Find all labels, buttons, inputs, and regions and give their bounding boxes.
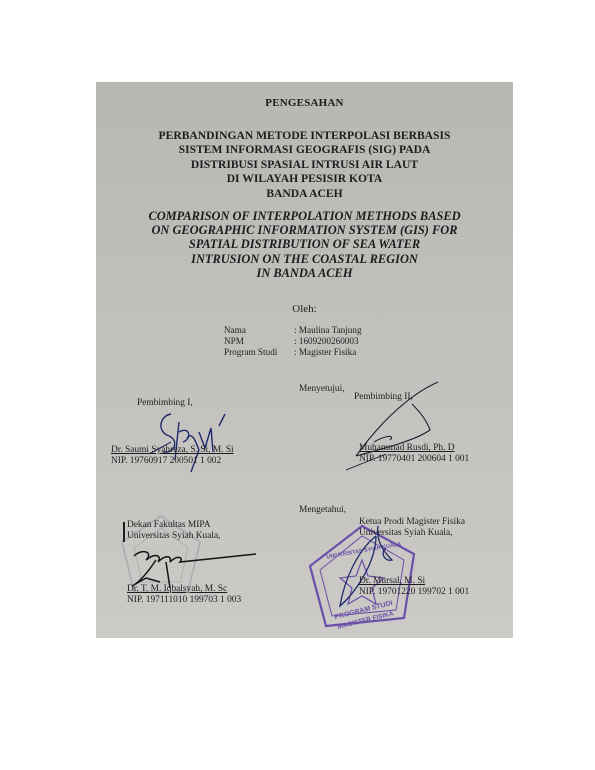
- acknowledged-label: Mengetahui,: [299, 505, 346, 516]
- english-title-line: SPATIAL DISTRIBUTION OF SEA WATER: [96, 237, 513, 251]
- english-title-line: COMPARISON OF INTERPOLATION METHODS BASE…: [96, 209, 513, 223]
- name-value: : Maulina Tanjung: [294, 325, 362, 336]
- author-program-row: Program Studi : Magister Fisika: [224, 347, 362, 358]
- head-signature: [336, 522, 406, 612]
- author-name-row: Nama : Maulina Tanjung: [224, 325, 362, 336]
- program-label: Program Studi: [224, 347, 294, 358]
- supervisor1-name: Dr. Saumi Syahreza, S. Si, M. Si: [111, 445, 234, 456]
- english-title-line: IN BANDA ACEH: [96, 266, 513, 280]
- indonesian-title-line: BANDA ACEH: [96, 187, 513, 201]
- dean-nip: NIP. 197111010 199703 1 003: [127, 595, 241, 606]
- supervisor2-nip: NIP. 19770401 200604 1 001: [359, 454, 469, 465]
- by-label: Oleh:: [96, 303, 513, 315]
- dean-role-line2: Universitas Syiah Kuala,: [127, 531, 220, 542]
- author-npm-row: NPM : 1609200260003: [224, 336, 362, 347]
- head-nip: NIP. 19701220 199702 1 001: [359, 587, 469, 598]
- npm-label: NPM: [224, 336, 294, 347]
- page-heading: PENGESAHAN: [96, 97, 513, 109]
- dean-name: Dr. T. M. Iqbalsyah, M. Sc: [127, 584, 227, 595]
- program-value: : Magister Fisika: [294, 347, 356, 358]
- indonesian-title-line: DI WILAYAH PESISIR KOTA: [96, 172, 513, 186]
- name-label: Nama: [224, 325, 294, 336]
- supervisor1-nip: NIP. 19760917 200501 1 002: [111, 456, 221, 467]
- dean-role-line1: Dekan Fakultas MIPA: [127, 520, 211, 531]
- indonesian-title-line: SISTEM INFORMASI GEOGRAFIS (SIG) PADA: [96, 143, 513, 157]
- author-info: Nama : Maulina Tanjung NPM : 16092002600…: [224, 325, 362, 359]
- indonesian-title-line: DISTRIBUSI SPASIAL INTRUSI AIR LAUT: [96, 158, 513, 172]
- indonesian-title-line: PERBANDINGAN METODE INTERPOLASI BERBASIS: [96, 129, 513, 143]
- english-title-line: INTRUSION ON THE COASTAL REGION: [96, 252, 513, 266]
- margin-mark: [123, 522, 125, 542]
- english-title-line: ON GEOGRAPHIC INFORMATION SYSTEM (GIS) F…: [96, 223, 513, 237]
- npm-value: : 1609200260003: [294, 336, 359, 347]
- indonesian-title: PERBANDINGAN METODE INTERPOLASI BERBASIS…: [96, 129, 513, 201]
- approval-page: PENGESAHAN PERBANDINGAN METODE INTERPOLA…: [96, 82, 513, 638]
- approved-label: Menyetujui,: [299, 384, 345, 395]
- english-title: COMPARISON OF INTERPOLATION METHODS BASE…: [96, 209, 513, 280]
- supervisor2-name: Muhammad Rusdi, Ph. D: [359, 443, 455, 454]
- head-name: Dr. Mursal, M. Si: [359, 576, 425, 587]
